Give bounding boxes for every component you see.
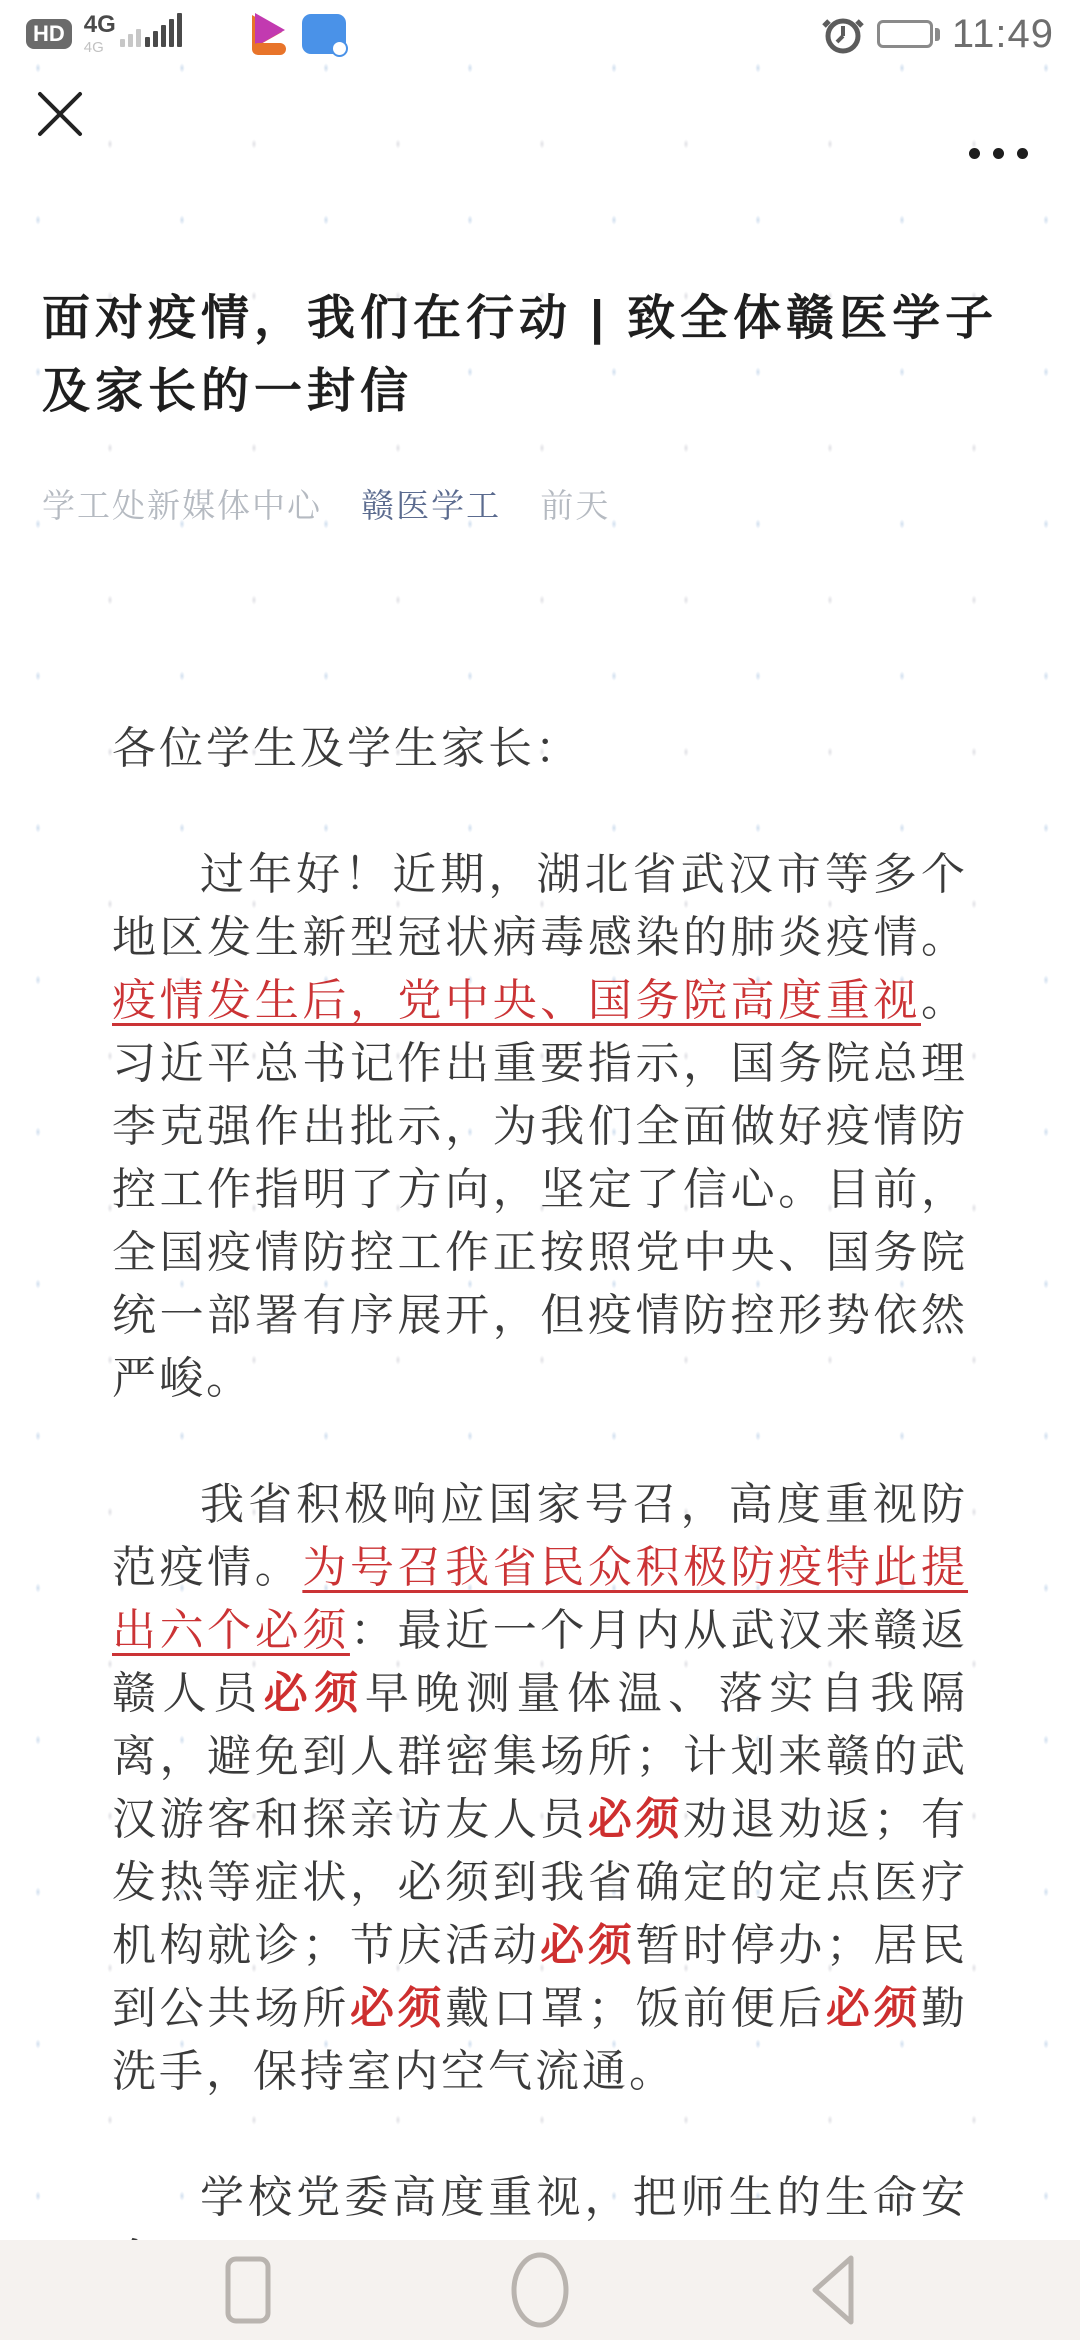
notification-video-play-app-icon: [248, 13, 290, 55]
close-icon[interactable]: [34, 88, 86, 140]
paragraph: 我省积极响应国家号召，高度重视防范疫情。为号召我省民众积极防疫特此提出六个必须：…: [112, 1473, 968, 2103]
red-emphasis-text: 必须: [350, 1984, 445, 2033]
hd-badge-icon: HD: [26, 19, 72, 49]
home-circle-icon[interactable]: [495, 2250, 585, 2330]
network-type-sub-label: 4G: [84, 40, 116, 55]
paragraph: 学校党委高度重视，把师生的生命安全: [112, 2166, 968, 2240]
red-emphasis-text: 必须: [264, 1669, 365, 1718]
publish-date: 前天: [540, 487, 610, 524]
status-bar: HD 4G 4G: [0, 0, 1080, 64]
text-run: 各位学生及学生家长：: [112, 724, 582, 773]
status-bar-right: 11:49: [821, 12, 1054, 57]
back-triangle-icon[interactable]: [788, 2250, 878, 2330]
author-name: 学工处新媒体中心: [42, 487, 322, 524]
more-options-icon[interactable]: [963, 142, 1034, 165]
alarm-clock-icon: [821, 12, 865, 56]
clock-time: 11:49: [952, 12, 1054, 57]
article-title: 面对疫情，我们在行动 | 致全体赣医学子及家长的一封信: [42, 282, 1038, 428]
network-indicator: 4G 4G: [84, 13, 182, 55]
signal-bars-sim2-icon: [120, 13, 141, 47]
text-run: 戴口罩；饭前便后: [445, 1984, 826, 2033]
signal-bars-icon: [145, 13, 182, 47]
paragraph: 过年好！近期，湖北省武汉市等多个地区发生新型冠状病毒感染的肺炎疫情。疫情发生后，…: [112, 843, 968, 1410]
red-emphasis-text: 必须: [540, 1921, 635, 1970]
article-view: 面对疫情，我们在行动 | 致全体赣医学子及家长的一封信 学工处新媒体中心 赣医学…: [0, 194, 1080, 2240]
inline-red-link[interactable]: 疫情发生后，党中央、国务院高度重视: [112, 976, 921, 1025]
text-run: 过年好！近期，湖北省武汉市等多个地区发生新型冠状病毒感染的肺炎疫情。: [112, 850, 968, 962]
account-name-link[interactable]: 赣医学工: [361, 487, 501, 524]
phone-screen: HD 4G 4G: [0, 0, 1080, 2340]
red-emphasis-text: 必须: [588, 1795, 683, 1844]
recents-square-icon[interactable]: [203, 2250, 293, 2330]
android-nav-bar: [0, 2240, 1080, 2340]
article-body: 各位学生及学生家长：过年好！近期，湖北省武汉市等多个地区发生新型冠状病毒感染的肺…: [112, 717, 968, 2240]
network-type-label: 4G: [84, 11, 116, 38]
notification-blue-chat-app-icon: [302, 14, 346, 54]
app-bar: [0, 64, 1080, 194]
byline: 学工处新媒体中心 赣医学工 前天: [42, 480, 1038, 527]
text-run: 。习近平总书记作出重要指示，国务院总理李克强作出批示，为我们全面做好疫情防控工作…: [112, 976, 968, 1403]
paragraph: 各位学生及学生家长：: [112, 717, 968, 780]
battery-icon: [877, 20, 940, 48]
red-emphasis-text: 必须: [826, 1984, 921, 2033]
notification-colorful-app-icon: [194, 13, 236, 55]
status-bar-left: HD 4G 4G: [26, 13, 346, 55]
text-run: 学校党委高度重视，把师生的生命安全: [112, 2173, 968, 2240]
